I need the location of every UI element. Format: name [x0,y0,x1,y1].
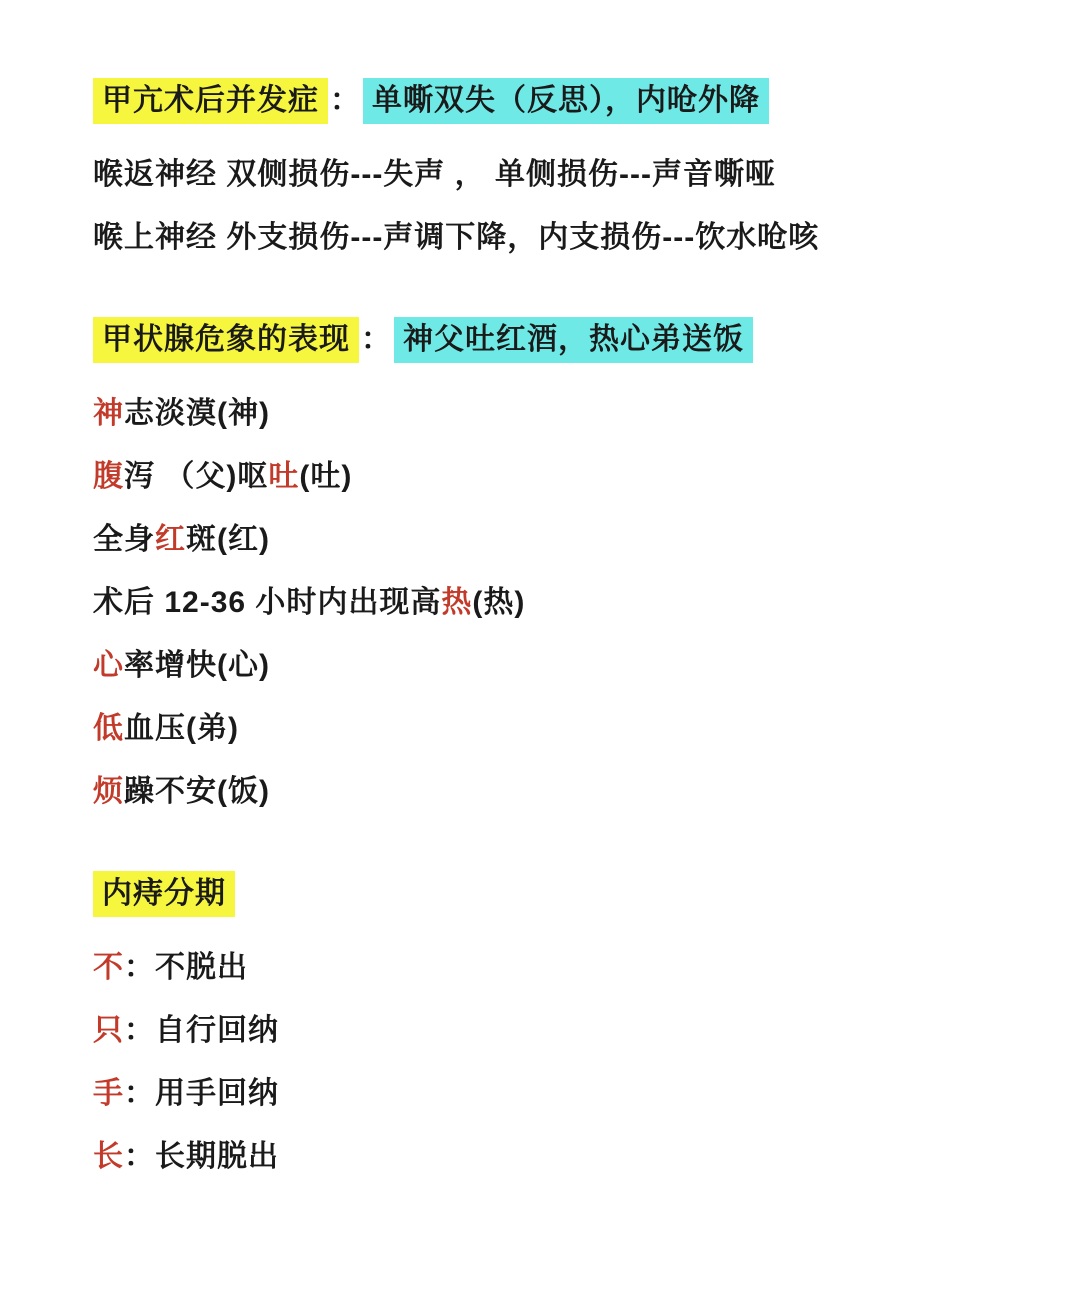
line-text: ：自行回纳 [124,1014,279,1047]
section-0-line-0: 喉返神经 双侧损伤---失声 ， 单侧损伤---声音嘶哑 [93,152,1040,198]
section-2-line-1: 只：自行回纳 [93,1008,1040,1054]
section-2-line-3: 长：长期脱出 [93,1134,1040,1180]
section-1-line-5: 低血压(弟) [93,706,1040,752]
mnemonic-char: 长 [93,1140,124,1173]
line-text: ：不脱出 [124,951,248,984]
line-text: ：用手回纳 [124,1077,279,1110]
mnemonic-char: 红 [155,523,186,556]
section-1-header: 甲状腺危象的表现： 神父吐红酒，热心弟送饭 [93,317,1040,363]
section-1-line-2: 全身红斑(红) [93,517,1040,563]
section-1-line-4: 心率增快(心) [93,643,1040,689]
section-0-header: 甲亢术后并发症 ： 单嘶双失（反思），内呛外降 [93,78,1040,124]
section-1-line-3: 术后 12-36 小时内出现高热(热) [93,580,1040,626]
mnemonic-char: 只 [93,1014,124,1047]
mnemonic-char: 烦 [93,775,124,808]
cyan-highlight: 单嘶双失（反思），内呛外降 [363,78,769,124]
section-2-line-0: 不：不脱出 [93,945,1040,991]
mnemonic-char: 不 [93,951,124,984]
section-2: 内痔分期不：不脱出只：自行回纳手：用手回纳长：长期脱出 [93,871,1040,1180]
section-1: 甲状腺危象的表现： 神父吐红酒，热心弟送饭神志淡漠(神)腹泻 （父)呕吐(吐)全… [93,317,1040,815]
line-text: ：长期脱出 [124,1140,279,1173]
header-separator: ： [328,78,363,124]
mnemonic-char: 心 [93,649,124,682]
line-text: 术后 12-36 小时内出现高 [93,586,441,619]
yellow-highlight: 甲亢术后并发症 [93,78,328,124]
section-2-line-2: 手：用手回纳 [93,1071,1040,1117]
line-text: 泻 （父)呕 [124,460,268,493]
line-text: (热) [472,586,525,619]
line-text: 喉返神经 双侧损伤---失声 ， 单侧损伤---声音嘶哑 [93,158,776,191]
section-1-line-6: 烦躁不安(饭) [93,769,1040,815]
mnemonic-char: 手 [93,1077,124,1110]
notes-page: 甲亢术后并发症 ： 单嘶双失（反思），内呛外降喉返神经 双侧损伤---失声 ， … [0,0,1080,1312]
section-2-header: 内痔分期 [93,871,1040,917]
line-text: 斑(红) [186,523,270,556]
line-text: (吐) [299,460,352,493]
mnemonic-char: 吐 [268,460,299,493]
cyan-highlight: 神父吐红酒，热心弟送饭 [394,317,753,363]
notes-content: 甲亢术后并发症 ： 单嘶双失（反思），内呛外降喉返神经 双侧损伤---失声 ， … [93,78,1040,1197]
section-0-line-1: 喉上神经 外支损伤---声调下降，内支损伤---饮水呛咳 [93,215,1040,261]
line-text: 血压(弟) [124,712,239,745]
line-text: 喉上神经 外支损伤---声调下降，内支损伤---饮水呛咳 [93,221,819,254]
mnemonic-char: 低 [93,712,124,745]
line-text: 全身 [93,523,155,556]
mnemonic-char: 腹 [93,460,124,493]
yellow-highlight: 甲状腺危象的表现 [93,317,359,363]
line-text: 率增快(心) [124,649,270,682]
section-1-line-1: 腹泻 （父)呕吐(吐) [93,454,1040,500]
mnemonic-char: 热 [441,586,472,619]
section-0: 甲亢术后并发症 ： 单嘶双失（反思），内呛外降喉返神经 双侧损伤---失声 ， … [93,78,1040,261]
header-separator: ： [359,317,394,363]
line-text: 躁不安(饭) [124,775,270,808]
mnemonic-char: 神 [93,397,124,430]
section-1-line-0: 神志淡漠(神) [93,391,1040,437]
line-text: 志淡漠(神) [124,397,270,430]
yellow-highlight: 内痔分期 [93,871,235,917]
